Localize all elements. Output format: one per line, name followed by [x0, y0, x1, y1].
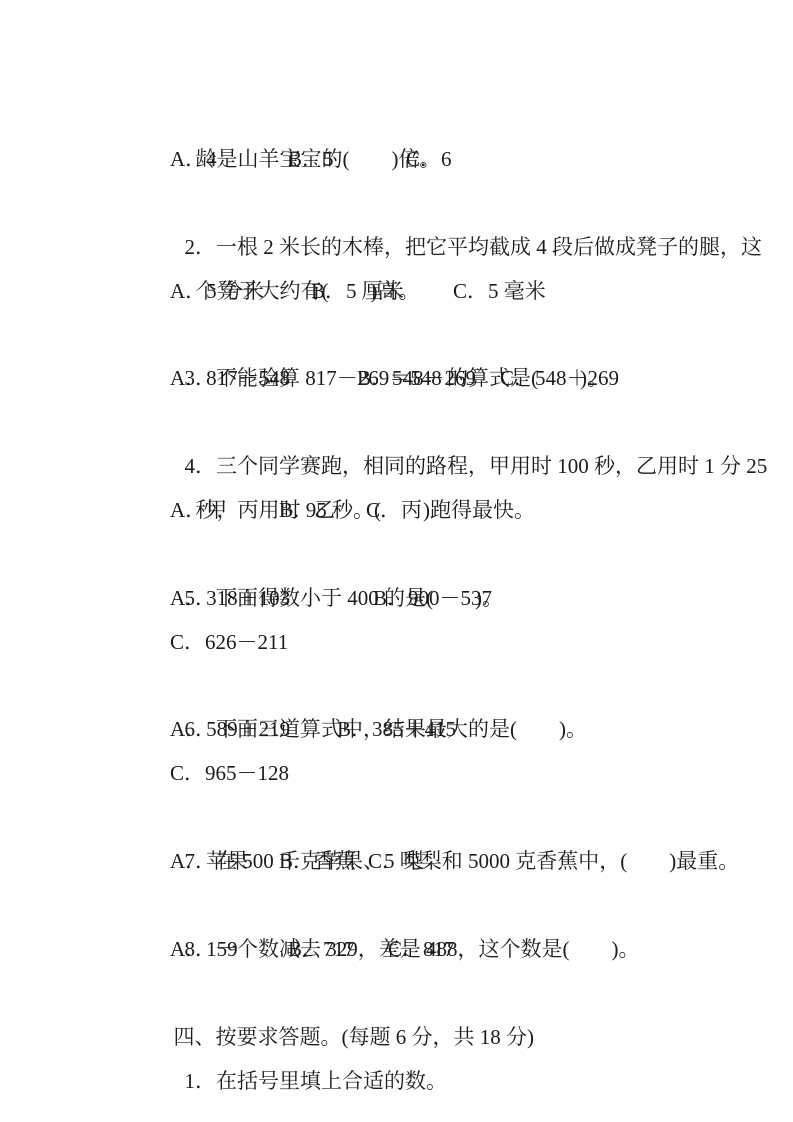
- test-paper-page: 龄是山羊宝宝的( )倍。 A．4 B．5 C．6 2．一根 2 米长的木棒，把它…: [0, 0, 793, 1122]
- q3-option-a: A．817－548: [170, 357, 290, 401]
- q5-options-row-2: C．626－211: [0, 621, 793, 665]
- q8-options: A．159 B．717 C．817: [0, 928, 793, 972]
- q4-stem-line-1: 4．三个同学赛跑，相同的路程，甲用时 100 秒，乙用时 1 分 25: [0, 401, 793, 445]
- q1-option-c: C．6: [406, 138, 452, 182]
- section4-q1-stem: 1．在括号里填上合适的数。: [0, 1016, 793, 1060]
- q6-option-c: C．965－128: [170, 752, 289, 796]
- section-4-heading: 四、按要求答题。(每题 6 分，共 18 分): [0, 972, 793, 1016]
- q3-option-b: B．548－269: [357, 357, 476, 401]
- q3-option-c: C．548＋269: [500, 357, 619, 401]
- q7-stem-line-1: 7．在 500 千克苹果、5 吨梨和 5000 克香蕉中，( )最重。: [0, 796, 793, 840]
- q7-option-a: A．苹果: [170, 840, 248, 884]
- q8-stem-line-1: 8．一个数减去 329，差是 488，这个数是( )。: [0, 884, 793, 928]
- q8-option-a: A．159: [170, 928, 238, 972]
- q3-options: A．817－548 B．548－269 C．548＋269: [0, 357, 793, 401]
- document-body: 龄是山羊宝宝的( )倍。 A．4 B．5 C．6 2．一根 2 米长的木棒，把它…: [0, 94, 793, 1060]
- q5-stem-line-1: 5．下面得数小于 400 的是( )。: [0, 533, 793, 577]
- q4-option-c: C．丙: [366, 489, 422, 533]
- q5-option-b: B．900－537: [373, 577, 492, 621]
- q1-option-a: A．4: [170, 138, 217, 182]
- q7-options: A．苹果 B．香蕉 C．梨: [0, 840, 793, 884]
- q2-option-b: B．5 厘米: [311, 270, 404, 314]
- q4-options: A．甲 B．乙 C．丙: [0, 489, 793, 533]
- section4-q1-stem-text: 在括号里填上合适的数。: [216, 1069, 447, 1093]
- q2-option-a: A．5 分米: [170, 270, 264, 314]
- q4-option-b: B．乙: [279, 489, 335, 533]
- q6-options-row-2: C．965－128: [0, 752, 793, 796]
- q2-stem-line-1: 2．一根 2 米长的木棒，把它平均截成 4 段后做成凳子的腿，这: [0, 182, 793, 226]
- q7-option-b: B．香蕉: [279, 840, 356, 884]
- q1-option-b: B．5: [288, 138, 334, 182]
- q7-option-c: C．梨: [368, 840, 424, 884]
- q6-options-row-1: A．589＋219 B．385＋415: [0, 708, 793, 752]
- q1-options: A．4 B．5 C．6: [0, 138, 793, 182]
- q2-options: A．5 分米 B．5 厘米 C．5 毫米: [0, 270, 793, 314]
- q4-stem-line-2: 秒，丙用时 95 秒。( )跑得最快。: [0, 445, 793, 489]
- q3-stem-line-1: 3．不能验算 817－269＝548 的算式是( )。: [0, 313, 793, 357]
- q5-option-a: A．318＋103: [170, 577, 290, 621]
- q8-option-c: C．817: [388, 928, 455, 972]
- q8-option-b: B．717: [288, 928, 355, 972]
- q2-option-c: C．5 毫米: [453, 270, 546, 314]
- q2-stem-line-2: 个凳子大约有( )高。: [0, 226, 793, 270]
- q1-stem-continuation: 龄是山羊宝宝的( )倍。: [0, 94, 793, 138]
- q4-option-a: A．甲: [170, 489, 227, 533]
- q6-stem-line-1: 6．下面三道算式中，结果最大的是( )。: [0, 665, 793, 709]
- section4-q1-number: 1．: [185, 1060, 217, 1104]
- q5-option-c: C．626－211: [170, 621, 288, 665]
- q5-options-row-1: A．318＋103 B．900－537: [0, 577, 793, 621]
- q6-option-a: A．589＋219: [170, 708, 290, 752]
- q6-option-b: B．385＋415: [337, 708, 456, 752]
